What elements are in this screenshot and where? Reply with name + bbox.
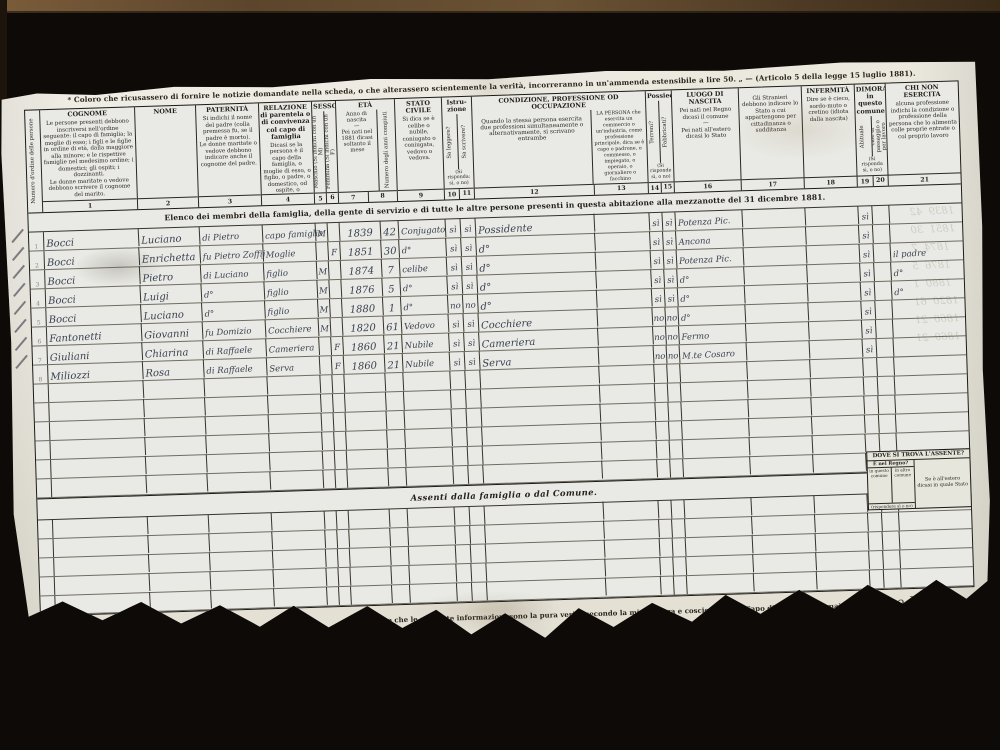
cell-sa-scrivere	[472, 582, 488, 601]
cell-row-number: 4	[36, 300, 40, 307]
cell-relazione	[267, 375, 321, 396]
cell-sesso-m	[320, 356, 333, 375]
cell-sesso-m	[322, 413, 335, 432]
cell-infermita	[810, 358, 864, 379]
cell-sa-leggere	[456, 564, 472, 583]
cell-sesso-f: F	[331, 337, 344, 356]
cell-anno-nascita	[350, 566, 392, 586]
cell-relazione: capo famiglia	[263, 223, 317, 244]
col-eta-header: ETÀ Anno di nascita — Pei nati nel 1881 …	[336, 99, 398, 203]
cell-dimora-occasionale	[878, 395, 896, 414]
cell-dimora-occasionale	[876, 319, 894, 338]
cell-relazione	[269, 413, 323, 434]
cell-infermita	[817, 570, 871, 591]
cell-la-persona	[600, 402, 656, 423]
col-sesso-header: SESSO Maschio (Si indichi con un M) Femm…	[312, 101, 339, 204]
condizione-desc: Quando la stessa persona esercita due pr…	[472, 110, 593, 187]
cell-relazione	[272, 511, 326, 532]
cell-infermita	[813, 453, 867, 474]
la-persona-desc: LA PERSONA che esercita un commercio o u…	[591, 109, 647, 184]
cell-dimora-occasionale	[875, 281, 893, 300]
cell-paternita: d°	[202, 301, 266, 322]
cell-dimora-abituale	[863, 358, 878, 377]
census-sheet: 1839 42 1851 30 1874 7 1876 5 1880 1 182…	[0, 55, 997, 658]
cell-chi-non-esercita	[892, 298, 965, 320]
cell-luogo-nascita	[682, 418, 750, 439]
cell-anni	[391, 566, 410, 585]
cell-infermita	[807, 244, 861, 265]
cell-dimora-occasionale	[874, 262, 892, 281]
margin-tally-mark	[15, 337, 27, 351]
cell-nome: Chiarina	[142, 341, 204, 362]
cell-anni: 21	[385, 354, 404, 373]
anni-compiuti-label: Numero degli anni compiuti	[383, 111, 391, 188]
cell-stranieri	[743, 227, 807, 248]
cell-la-persona	[594, 213, 650, 234]
cell-anni: 21	[384, 335, 403, 354]
cell-fabbricati: no	[667, 345, 681, 364]
cell-anno-nascita: 1851	[340, 240, 382, 260]
cell-stato-civile	[403, 371, 451, 391]
cell-luogo-nascita	[687, 573, 755, 594]
cell-stranieri	[752, 514, 816, 535]
cell-stranieri	[748, 379, 812, 400]
cell-la-persona	[597, 308, 653, 329]
cell-paternita	[209, 531, 273, 552]
cell-dimora-abituale	[865, 434, 880, 453]
cell-la-persona	[600, 383, 656, 404]
cell-sa-scrivere	[471, 544, 487, 563]
cell-anno-nascita: 1839	[340, 221, 382, 241]
cell-anni: 5	[382, 278, 401, 297]
cell-anni: 30	[381, 240, 400, 259]
cell-fabbricati: no	[665, 307, 679, 326]
margin-tally-mark	[15, 355, 27, 369]
cell-sa-leggere	[453, 447, 469, 466]
cell-luogo-nascita	[686, 554, 754, 575]
infermita-desc: Dire se è cieco, sordo-muto o cretino (i…	[802, 95, 857, 177]
cell-luogo-nascita: M.te Cosaro	[680, 342, 748, 363]
cell-stranieri	[751, 495, 815, 516]
cell-paternita	[204, 377, 268, 398]
cell-sesso-m: M	[317, 280, 330, 299]
cell-luogo-nascita	[683, 456, 751, 477]
cell-dimora-abituale	[865, 415, 880, 434]
cell-chi-non-esercita: d°	[891, 260, 964, 282]
cell-stato-civile: d°	[401, 295, 449, 315]
cell-row-number: 2	[35, 262, 39, 269]
cell-sa-scrivere	[470, 525, 486, 544]
col-infermita-header: INFERMITÀ Dire se è cieco, sordo-muto o …	[802, 85, 858, 189]
cell-chi-non-esercita	[900, 547, 973, 569]
cell-stranieri	[744, 246, 808, 267]
cell-sesso-f	[332, 375, 345, 394]
absent-title-text: Assenti dalla famiglia o dal Comune.	[410, 487, 597, 503]
cell-nome: Rosa	[143, 360, 205, 381]
cell-infermita	[807, 263, 861, 284]
cell-anni	[388, 449, 407, 468]
cell-dimora-abituale	[870, 570, 885, 589]
cell-sesso-f	[333, 394, 346, 413]
cell-relazione: Cocchiere	[266, 318, 320, 339]
cell-stato-civile: celibe	[400, 257, 448, 277]
cell-luogo-nascita	[681, 380, 749, 401]
cell-sa-scrivere: sì	[465, 351, 481, 370]
cell-relazione: figlio	[264, 261, 318, 282]
cell-fabbricati	[670, 459, 684, 478]
cell-fabbricati: sì	[664, 250, 678, 269]
cell-luogo-nascita	[683, 437, 751, 458]
cell-stranieri	[745, 284, 809, 305]
cell-la-persona	[598, 327, 654, 348]
cell-stato-civile: d°	[400, 276, 448, 296]
cell-luogo-nascita: Fermo	[679, 323, 747, 344]
cell-relazione	[273, 568, 327, 589]
cell-infermita	[811, 396, 865, 417]
cell-sa-scrivere: sì	[462, 256, 478, 275]
cell-luogo-nascita: d°	[678, 285, 746, 306]
cell-luogo-nascita	[680, 361, 748, 382]
cell-sa-leggere: sì	[447, 276, 463, 295]
cell-la-persona	[602, 440, 658, 461]
cell-sa-leggere: sì	[447, 257, 463, 276]
cell-relazione	[269, 432, 323, 453]
cell-luogo-nascita	[681, 399, 749, 420]
cell-paternita: d°	[201, 282, 265, 303]
margin-tally-mark	[12, 247, 24, 261]
cell-la-persona	[604, 519, 660, 540]
col-dimora-header: DIMORA in questo comune Abituale Occasio…	[855, 84, 889, 187]
cell-anno-nascita	[349, 528, 391, 548]
cell-stranieri	[753, 552, 817, 573]
cell-cognome	[55, 592, 151, 615]
cell-nome: Pietro	[140, 265, 202, 286]
cell-anno-nascita	[347, 468, 389, 488]
col-stato-civile-header: STATO CIVILE Si dica se è celibe o nubil…	[395, 98, 445, 201]
cell-sa-scrivere	[465, 370, 481, 389]
cell-infermita	[816, 532, 870, 553]
col-number: 16	[675, 182, 741, 191]
cell-anni: 1	[383, 297, 402, 316]
stato-title: STATO CIVILE	[395, 98, 442, 117]
cell-la-persona	[602, 459, 658, 480]
cell-paternita	[209, 512, 273, 533]
cell-paternita	[207, 453, 271, 474]
cell-paternita: fu Domizio	[203, 320, 267, 341]
dimora-note: (Si risponda sì, o no)	[857, 156, 888, 176]
cell-row-number: 3	[36, 281, 40, 288]
cell-nome	[148, 533, 210, 554]
col-number: 11	[459, 189, 474, 199]
cell-anni	[386, 392, 405, 411]
cell-row-number: 5	[37, 319, 41, 326]
table-surface	[0, 0, 1000, 13]
nome-desc	[135, 116, 198, 199]
cell-dimora-occasionale	[878, 376, 896, 395]
cell-sa-scrivere	[471, 563, 487, 582]
cell-anni	[392, 585, 411, 604]
cell-dimora-abituale: sì	[859, 244, 874, 263]
col-number: 5	[315, 195, 326, 202]
cell-infermita	[816, 551, 870, 572]
cell-anni	[385, 373, 404, 392]
cell-sa-leggere	[457, 583, 473, 602]
cell-stranieri	[744, 265, 808, 286]
estero-label: Se è all'estero dicasi in quale Stato	[914, 458, 970, 508]
cell-chi-non-esercita	[896, 411, 969, 433]
cell-dimora-occasionale	[875, 300, 893, 319]
col-number: 15	[661, 182, 674, 192]
cell-stranieri	[749, 416, 813, 437]
cell-sa-scrivere: sì	[461, 237, 477, 256]
cell-stato-civile: Conjugato	[399, 219, 447, 239]
cell-sesso-f	[339, 587, 352, 606]
cell-dimora-occasionale	[876, 338, 894, 357]
cell-nome: Enrichetta	[139, 246, 201, 267]
cell-stranieri	[754, 571, 818, 592]
cell-anno-nascita	[350, 547, 392, 567]
cell-chi-non-esercita: il padre	[891, 241, 964, 263]
cell-stato-civile	[405, 428, 453, 448]
questo-comune-label: in questo comune	[868, 468, 892, 504]
cell-la-persona	[599, 346, 655, 367]
cell-stranieri	[746, 322, 810, 343]
cell-fabbricati	[672, 519, 686, 538]
cell-dimora-abituale: sì	[862, 339, 877, 358]
cell-sa-leggere	[455, 507, 471, 526]
cell-stato-civile: Nubile	[403, 352, 451, 372]
member-rows: 1 Bocci Luciano di Pietro capo famiglia …	[29, 203, 970, 498]
cell-luogo-nascita	[684, 497, 752, 518]
cell-sesso-f	[334, 432, 347, 451]
cell-sesso-m	[326, 568, 339, 587]
cell-sa-scrivere	[466, 408, 482, 427]
cell-luogo-nascita: d°	[677, 266, 745, 287]
cell-sesso-m: M	[317, 261, 330, 280]
cell-anno-nascita	[347, 449, 389, 469]
cell-stato-civile	[409, 545, 457, 565]
cell-sa-leggere	[452, 428, 468, 447]
col-number: 13	[594, 183, 648, 195]
cell-chi-non-esercita	[900, 528, 973, 550]
cell-paternita: fu Pietro Zoffij	[200, 244, 264, 265]
cell-sesso-f	[337, 511, 350, 530]
col-possiede-header: Possiede Terreni? Fabbricati? (Si rispon…	[646, 90, 675, 193]
cell-infermita	[806, 225, 860, 246]
cell-anno-nascita	[346, 430, 388, 450]
cell-chi-non-esercita: d°	[892, 279, 965, 301]
cell-sa-leggere	[451, 390, 467, 409]
cell-relazione	[272, 530, 326, 551]
cell-sesso-f	[338, 568, 351, 587]
cell-sa-scrivere	[468, 465, 484, 484]
cell-infermita	[813, 434, 867, 455]
cell-terreni	[657, 440, 671, 459]
cell-paternita	[206, 415, 270, 436]
cell-terreni: sì	[650, 232, 664, 251]
cell-sesso-m	[322, 432, 335, 451]
cell-relazione	[274, 587, 328, 608]
cell-sesso-m	[323, 451, 336, 470]
cell-la-persona	[596, 270, 652, 291]
cell-nome	[150, 590, 212, 611]
cell-anni: 42	[381, 221, 400, 240]
cell-sa-leggere: sì	[450, 352, 466, 371]
cell-relazione	[268, 394, 322, 415]
cell-anni	[387, 430, 406, 449]
cell-sesso-m: M	[319, 318, 332, 337]
cell-la-persona	[599, 364, 655, 385]
col-chi-non-esercita-header: CHI NON ESERCITA alcuna professione indi…	[886, 81, 961, 185]
cell-sesso-m	[321, 394, 334, 413]
cell-stato-civile: d°	[399, 238, 447, 258]
cell-dimora-abituale: sì	[861, 282, 876, 301]
cell-dimora-abituale: sì	[862, 320, 877, 339]
cell-la-persona	[597, 289, 653, 310]
cell-sa-scrivere: sì	[462, 275, 478, 294]
cell-sesso-m	[323, 470, 336, 489]
cell-fabbricati	[668, 402, 682, 421]
table-surface-edge	[0, 0, 7, 100]
cell-nome	[144, 398, 206, 419]
cell-stranieri	[750, 454, 814, 475]
cell-fabbricati	[667, 364, 681, 383]
cell-sa-leggere: sì	[446, 219, 462, 238]
col-number: 6	[326, 193, 338, 203]
cell-nome: Giovanni	[142, 322, 204, 343]
cell-fabbricati	[670, 440, 684, 459]
col-number: 18	[805, 178, 857, 187]
col-number: 10	[445, 191, 459, 198]
cell-anno-nascita: 1860	[344, 354, 386, 374]
col-condizione-header: CONDIZIONE, PROFESSIONE OD OCCUPAZIONE Q…	[472, 91, 649, 198]
cell-sesso-f	[338, 549, 351, 568]
cell-paternita	[210, 569, 274, 590]
cell-sesso-m	[327, 587, 340, 606]
cell-dimora-occasionale	[882, 512, 900, 531]
cell-sa-leggere	[456, 545, 472, 564]
cell-sesso-m	[325, 530, 338, 549]
cell-relazione: Serva	[267, 356, 321, 377]
census-table: Numero d'ordine delle persone COGNOME Le…	[24, 80, 974, 616]
cell-nome	[145, 417, 207, 438]
cell-anno-nascita: 1876	[341, 278, 383, 298]
cell-anno-nascita	[344, 373, 386, 393]
cell-chi-non-esercita	[893, 317, 966, 339]
cell-terreni: no	[652, 308, 666, 327]
cell-paternita: di Pietro	[200, 225, 264, 246]
cell-fabbricati: no	[666, 326, 680, 345]
cell-sa-scrivere	[467, 427, 483, 446]
col-number: 19	[858, 178, 873, 185]
cell-fabbricati	[671, 500, 685, 519]
cell-dimora-abituale	[864, 377, 879, 396]
cell-stranieri	[747, 341, 811, 362]
cell-terreni	[660, 538, 674, 557]
col-paternita-header: PATERNITÀ Si indichi il nome del padre (…	[196, 103, 262, 207]
cell-infermita	[814, 494, 868, 515]
cell-nome: Luciano	[139, 227, 201, 248]
cell-dimora-abituale: sì	[859, 225, 874, 244]
cell-sesso-f	[335, 470, 348, 489]
cell-sesso-f	[328, 223, 341, 242]
cell-paternita: di Raffaele	[204, 358, 268, 379]
cell-chi-non-esercita	[893, 336, 966, 358]
col-number: 21	[889, 175, 961, 184]
cell-paternita	[206, 434, 270, 455]
cell-dimora-occasionale	[879, 414, 897, 433]
cell-anni	[387, 411, 406, 430]
cell-sesso-f	[337, 530, 350, 549]
relazione-desc: Dicasi se la persona è il capo della fam…	[260, 141, 314, 195]
cell-sesso-f	[330, 299, 343, 318]
cell-terreni	[657, 459, 671, 478]
cell-sa-scrivere: sì	[460, 218, 476, 237]
col-luogo-nascita-header: LUOGO DI NASCITA Pei nati nel Regno dica…	[672, 88, 742, 192]
cell-terreni	[654, 365, 668, 384]
cell-stranieri	[747, 360, 811, 381]
cell-nome	[146, 474, 208, 495]
cell-paternita	[207, 472, 271, 493]
cell-chi-non-esercita	[901, 566, 974, 588]
cell-anno-nascita	[346, 411, 388, 431]
cell-sa-scrivere: no	[463, 294, 479, 313]
cell-la-persona	[603, 500, 659, 521]
terreni-label: Terreni?	[650, 121, 656, 144]
cell-fabbricati	[669, 421, 683, 440]
cell-dimora-occasionale	[884, 569, 902, 588]
cell-dimora-occasionale	[883, 550, 901, 569]
cell-sesso-m	[319, 337, 332, 356]
col-number: 17	[742, 180, 804, 189]
cell-dimora-abituale	[869, 551, 884, 570]
cell-anno-nascita: 1874	[341, 259, 383, 279]
cell-dimora-occasionale	[873, 224, 891, 243]
cell-terreni: sì	[652, 289, 666, 308]
cell-stato-civile	[409, 564, 457, 584]
luogo-title: LUOGO DI NASCITA	[672, 88, 739, 107]
dimora-abituale-label: Abituale	[860, 125, 866, 148]
cell-anno-nascita	[351, 585, 393, 605]
cell-nome	[143, 379, 205, 400]
cell-sa-scrivere	[468, 446, 484, 465]
cell-sa-leggere	[455, 526, 471, 545]
cell-dimora-abituale	[864, 396, 879, 415]
cell-dimora-occasionale	[872, 205, 890, 224]
cell-stato-civile	[408, 507, 456, 527]
istruzione-title: Istru-zione	[442, 97, 472, 115]
cell-luogo-nascita	[686, 535, 754, 556]
margin-tally-mark	[13, 283, 25, 297]
cell-stranieri	[745, 303, 809, 324]
col-number: 7	[339, 193, 368, 201]
cell-sesso-m	[326, 549, 339, 568]
cell-la-persona	[605, 538, 661, 559]
cell-sesso-m	[316, 242, 329, 261]
cell-row-number: 7	[38, 357, 42, 364]
cell-anno-nascita	[345, 392, 387, 412]
cell-stato-civile	[405, 409, 453, 429]
cell-sa-scrivere: sì	[463, 313, 479, 332]
cell-anni: 61	[384, 316, 403, 335]
cell-sesso-f: F	[328, 242, 341, 261]
cell-terreni	[655, 403, 669, 422]
cell-dimora-abituale: sì	[858, 206, 873, 225]
cell-paternita: di Raffaele	[203, 339, 267, 360]
cell-anni	[390, 509, 409, 528]
cell-sesso-f	[334, 413, 347, 432]
cell-fabbricati	[673, 538, 687, 557]
